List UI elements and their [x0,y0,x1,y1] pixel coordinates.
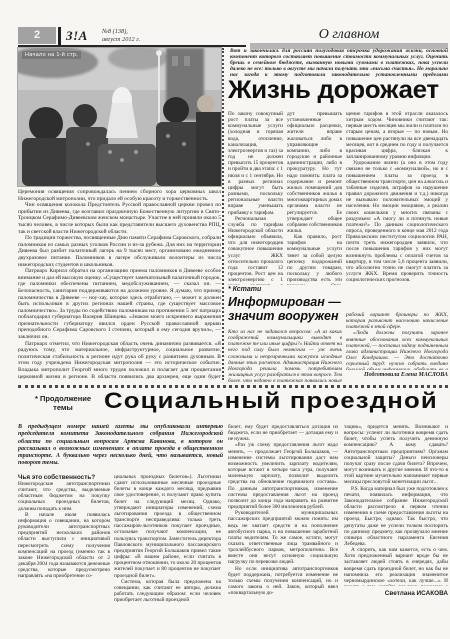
social-column-4: тацию», придется менять. Возникают и воп… [344,424,448,586]
article-paragraph: Патриарх Кирилл обратил на организацию п… [18,268,221,341]
photo-overlay-note: Начало на 1-й стр. [22,51,81,59]
ceremony-article: Церемония освящения сопровождалась пение… [18,189,221,379]
article-paragraph: А спорить, как нам кажется, есть о чем. … [344,547,448,586]
lead-intro: Вот и закончилась для россиян полугодова… [230,48,448,78]
header-divider [58,27,61,46]
social-headline: Социальный проездной [104,390,438,412]
article-paragraph: Патриарх отметил, что Нижегородская обла… [18,341,221,379]
article-paragraph: Но если инициатива автотранспортников бу… [228,566,338,597]
lead-headline: Жизнь дорожает [228,78,450,103]
article-paragraph: «Раз уж схему предоставления льгот надо … [228,442,338,510]
social-column-3: билет, ему будет предоставляться дотация… [228,424,338,630]
article-paragraph: Система, которая была предложена на сове… [114,579,221,604]
issue-number: №8 (138), [102,28,140,36]
kicker-line: темы [22,404,104,413]
article-paragraph: Региональная служба по тарифам Нижегород… [228,216,283,285]
section-title: О главном [250,27,448,43]
article-paragraph: Нижегородские автотранспортники считают,… [18,481,110,512]
newspaper-page: 2 З!А №8 (138), август 2012 г. О главном [0,0,450,639]
article-paragraph: Как правило, рост тарифов на коммунальны… [287,234,342,285]
social-subhead: Чья это собственность? [18,474,110,481]
social-intro: В предыдущем номере нашей газеты мы опуб… [18,424,223,471]
article-paragraph: Удорожание жизни (а оно в этом году связ… [346,160,448,283]
article-paragraph: Церемония освящения сопровождалась пение… [18,189,221,202]
social-column-1: Чья это собственность? Нижегородские авт… [18,474,110,630]
article-paragraph: циальных проездных билетов»). Льготники … [114,474,221,579]
issue-info: №8 (138), август 2012 г. [102,28,140,43]
social-column-2: циальных проездных билетов»). Льготники … [114,474,221,630]
issue-date: август 2012 г. [102,36,140,44]
ceremony-photo [18,48,221,186]
kstati-column-1: Кто из нас не задавался вопросом: «А из … [228,329,342,382]
newspaper-logo: З!А [66,28,88,44]
article-paragraph: P.S. Когда материал был уже подготовлен … [344,486,448,548]
article-paragraph: тацию», придется менять. Возникают и воп… [344,424,448,486]
article-paragraph: Кто из нас не задавался вопросом: «А из … [228,329,342,382]
kstati-headline: Информирован — значит вооружен [228,295,348,323]
article-paragraph: В начале июля появилась информация о сов… [18,512,110,580]
kstati-column-2: рабочий вариант брошюры по ЖКХ, которая … [346,312,448,370]
article-paragraph: билет, ему будет предоставляться дотация… [228,424,338,442]
article-paragraph: рабочий вариант брошюры по ЖКХ, которая … [346,312,448,330]
ceremony-photo-image [18,48,221,186]
vertical-dotted-rule [222,48,224,380]
social-kicker: * Продолжение темы [22,395,104,412]
page-number: 2 [18,27,56,44]
lead-column-3: щение тарифов в этой отрасли оказалось х… [346,111,448,308]
article-paragraph: Чин освящения колокола Предстоятель Русс… [18,202,221,235]
article-paragraph: По закону совокупный рост платы за все к… [228,111,283,216]
article-paragraph: По традиции торжества, посвященные Дню п… [18,235,221,268]
header-rule [18,45,246,47]
kstati-byline: Подготовила Елена МАСЛОВА [346,372,448,378]
article-paragraph: дут превышать установленные официально р… [287,111,342,234]
social-byline: Светлана ИСАКОВА [344,590,448,597]
article-paragraph: щение тарифов в этой отрасли оказалось х… [346,111,448,160]
lead-column-2: дут превышать установленные официально р… [287,111,342,285]
lead-column-1: По закону совокупный рост платы за все к… [228,111,283,285]
article-paragraph: Руководителей муниципальных пассажирских… [228,510,338,565]
kstati-kicker: * Кстати [228,286,261,293]
article-paragraph: «Люди должны получить заранее внятные об… [346,330,448,370]
